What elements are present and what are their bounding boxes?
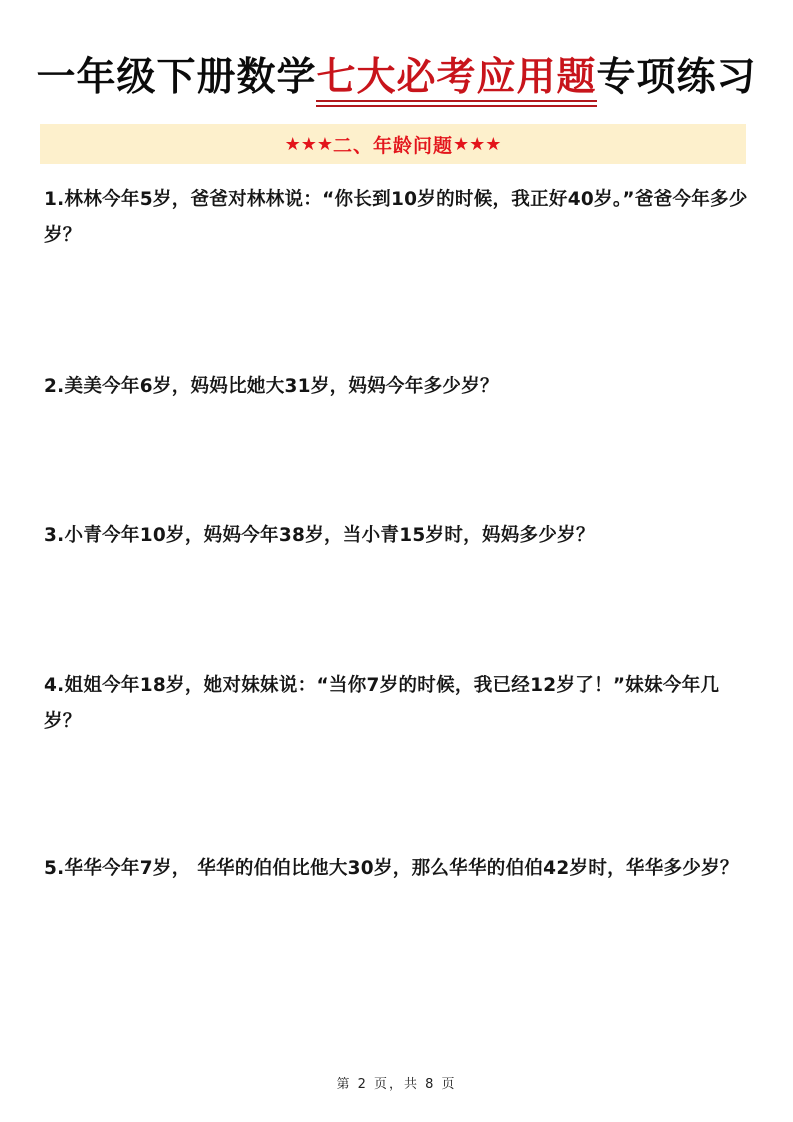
star-icon-group-left: ★★★: [285, 134, 333, 155]
section-banner: ★★★ 二、年龄问题 ★★★: [40, 124, 746, 164]
title-prefix: 一年级下册数学: [36, 54, 316, 100]
question-text: 小青今年10岁，妈妈今年38岁，当小青15岁时，妈妈多少岁？: [65, 525, 595, 546]
title-highlight: 七大必考应用题: [316, 52, 596, 102]
section-heading: 二、年龄问题: [333, 131, 453, 158]
question-text: 林林今年5岁，爸爸对林林说：“你长到10岁的时候，我正好40岁。”爸爸今年多少岁…: [44, 189, 748, 246]
question-4: 4.姐姐今年18岁，她对妹妹说：“当你7岁的时候，我已经12岁了！”妹妹今年几岁…: [44, 668, 752, 740]
question-3: 3.小青今年10岁，妈妈今年38岁，当小青15岁时，妈妈多少岁？: [44, 518, 752, 554]
title-suffix: 专项练习: [597, 54, 757, 100]
question-text: 姐姐今年18岁，她对妹妹说：“当你7岁的时候，我已经12岁了！”妹妹今年几岁？: [44, 675, 719, 732]
question-number: 5.: [44, 858, 65, 879]
question-number: 1.: [44, 189, 65, 210]
question-text: 美美今年6岁，妈妈比她大31岁，妈妈今年多少岁？: [65, 376, 499, 397]
page-title: 一年级下册数学七大必考应用题专项练习: [0, 52, 793, 102]
question-number: 2.: [44, 376, 65, 397]
question-1: 1.林林今年5岁，爸爸对林林说：“你长到10岁的时候，我正好40岁。”爸爸今年多…: [44, 182, 752, 254]
question-number: 4.: [44, 675, 65, 696]
question-5: 5.华华今年7岁， 华华的伯伯比他大30岁，那么华华的伯伯42岁时，华华多少岁？: [44, 852, 752, 885]
question-number: 3.: [44, 525, 65, 546]
star-icon-group-right: ★★★: [453, 134, 501, 155]
question-text: 华华今年7岁， 华华的伯伯比他大30岁，那么华华的伯伯42岁时，华华多少岁？: [65, 858, 739, 879]
page-footer: 第 2 页，共 8 页: [0, 1073, 793, 1092]
question-2: 2.美美今年6岁，妈妈比她大31岁，妈妈今年多少岁？: [44, 369, 752, 405]
